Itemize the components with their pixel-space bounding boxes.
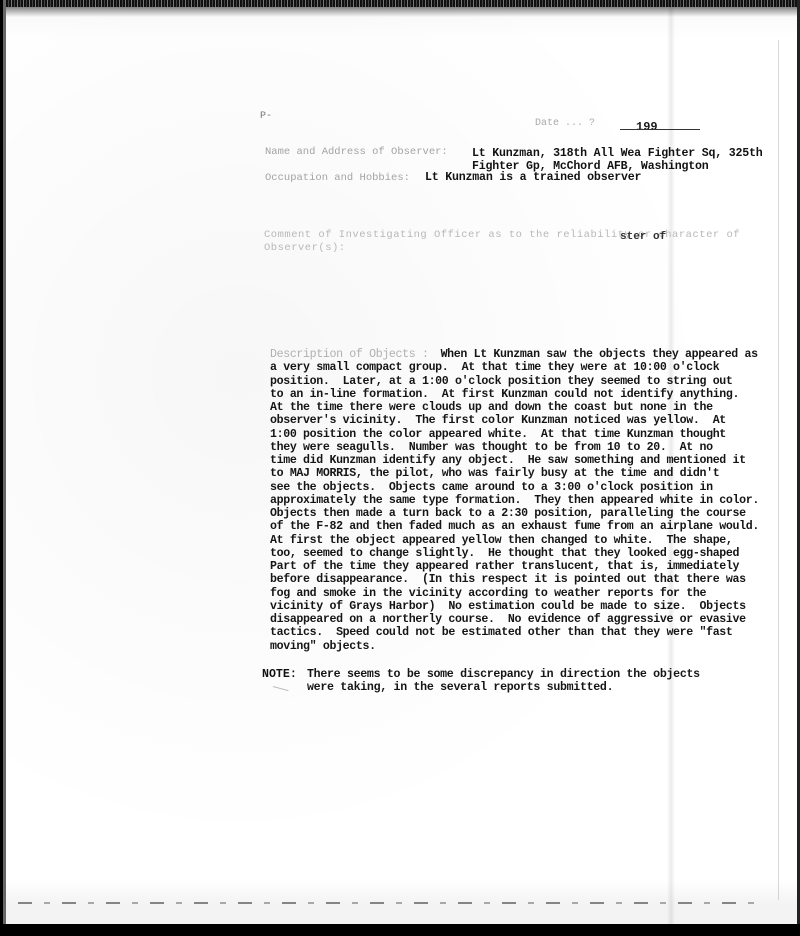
faint-reliability-tail: ster of — [620, 231, 666, 243]
page-number: 199 — [636, 120, 658, 134]
occupation-label: Occupation and Hobbies: — [265, 172, 410, 184]
body-line: moving" objects. — [270, 640, 780, 653]
body-line: approximately the same type formation. T… — [270, 494, 780, 507]
body-line: before disappearance. (In this respect i… — [270, 573, 780, 586]
description-body: Description of Objects :When Lt Kunzman … — [270, 348, 780, 653]
date-mark: Date ... ? — [535, 118, 595, 129]
note-block: NOTE: There seems to be some discrepancy… — [262, 668, 700, 694]
scan-top-shadow — [0, 7, 800, 17]
note-line-1: There seems to be some discrepancy in di… — [307, 668, 700, 681]
scanned-document-page: P- Date ... ? 199 Name and Address of Ob… — [0, 0, 800, 936]
body-line: vicinity of Grays Harbor) No estimation … — [270, 600, 780, 613]
corner-mark: P- — [260, 111, 272, 122]
body-line: of the F-82 and then faded much as an ex… — [270, 520, 780, 533]
body-line: At the time there were clouds up and dow… — [270, 401, 780, 414]
body-line: disappeared on a northerly course. No ev… — [270, 613, 780, 626]
body-line: 1:00 position the color appeared white. … — [270, 428, 780, 441]
faint-reliability-line: Comment of Investigating Officer as to t… — [264, 229, 740, 241]
body-line: a very small compact group. At that time… — [270, 361, 780, 374]
body-line: fog and smoke in the vicinity according … — [270, 587, 780, 600]
note-row-2: were taking, in the several reports subm… — [262, 681, 700, 694]
body-line: see the objects. Objects came around to … — [270, 481, 780, 494]
scan-top-edge — [0, 0, 800, 7]
observer-label: Name and Address of Observer: — [265, 146, 448, 158]
body-line-0: Description of Objects :When Lt Kunzman … — [270, 348, 780, 361]
note-row-1: NOTE: There seems to be some discrepancy… — [262, 668, 700, 681]
description-lead-label: Description of Objects : — [270, 348, 429, 361]
note-line-2: were taking, in the several reports subm… — [307, 681, 613, 694]
body-line: tactics. Speed could not be estimated ot… — [270, 626, 780, 639]
scan-bottom-edge — [0, 924, 800, 936]
page-number-strikethrough — [620, 129, 700, 130]
body-line: position. Later, at a 1:00 o'clock posit… — [270, 375, 780, 388]
body-line: Part of the time they appeared rather tr… — [270, 560, 780, 573]
body-line: too, seemed to change slightly. He thoug… — [270, 547, 780, 560]
bottom-dashed-rule — [18, 902, 763, 904]
body-line: to MAJ MORRIS, the pilot, who was fairly… — [270, 467, 780, 480]
body-line: At first the object appeared yellow then… — [270, 534, 780, 547]
body-line: time did Kunzman identify any object. He… — [270, 454, 780, 467]
faint-observer-line: Observer(s): — [264, 242, 346, 254]
note-label: NOTE: — [262, 668, 307, 681]
occupation-value: Lt Kunzman is a trained observer — [425, 171, 641, 184]
body-line: Objects then made a turn back to a 2:30 … — [270, 507, 780, 520]
body-line: observer's vicinity. The first color Kun… — [270, 414, 780, 427]
body-line: they were seagulls. Number was thought t… — [270, 441, 780, 454]
observer-value-line1: Lt Kunzman, 318th All Wea Fighter Sq, 32… — [472, 147, 763, 160]
scan-left-edge — [0, 0, 6, 936]
body-line: to an in-line formation. At first Kunzma… — [270, 388, 780, 401]
